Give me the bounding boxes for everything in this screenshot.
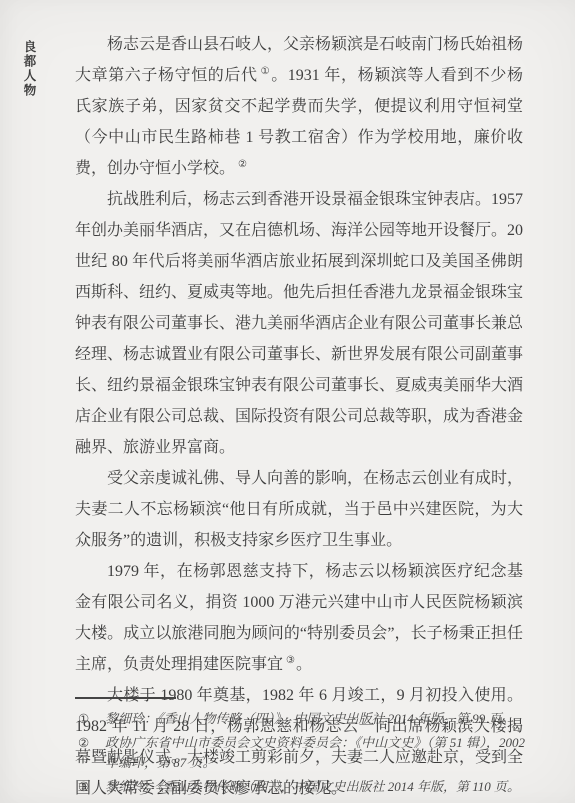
body-paragraph-1: 杨志云是香山县石岐人，父亲杨颖滨是石岐南门杨氏始祖杨大章第六子杨守恒的后代①。1… [75,29,523,184]
series-margin-label: 良都人物 [20,40,38,98]
footnote-marker: ② [78,733,105,753]
body-paragraph-2: 抗战胜利后，杨志云到香港开设景福金银珠宝钟表店。1957 年创办美丽华酒店，又在… [75,184,523,463]
paragraph-text: 抗战胜利后，杨志云到香港开设景福金银珠宝钟表店。1957 年创办美丽华酒店，又在… [75,191,523,456]
footnote-item-3: ③ 黎细玲：《香山人物传略（四）》，中国文史出版社 2014 年版，第 110 … [78,777,525,797]
footnote-text: 黎细玲：《香山人物传略（四）》，中国文史出版社 2014 年版，第 99 页。 [105,709,525,729]
footnote-ref-3: ③ [286,655,295,666]
footnote-divider [75,697,176,699]
paragraph-text: 受父亲虔诚礼佛、导人向善的影响，在杨志云创业有成时，夫妻二人不忘杨颖滨“他日有所… [75,470,523,549]
footnote-text: 黎细玲：《香山人物传略（四）》，中国文史出版社 2014 年版，第 110 页。 [105,777,525,797]
footnote-marker: ③ [78,777,105,797]
footnote-item-1: ① 黎细玲：《香山人物传略（四）》，中国文史出版社 2014 年版，第 99 页… [78,709,525,729]
footnote-item-2: ② 政协广东省中山市委员会文史资料委员会：《中山文史》（第 51 辑），2002… [78,733,525,773]
body-paragraph-3: 受父亲虔诚礼佛、导人向善的影响，在杨志云创业有成时，夫妻二人不忘杨颖滨“他日有所… [75,463,523,556]
article-body: 杨志云是香山县石岐人，父亲杨颖滨是石岐南门杨氏始祖杨大章第六子杨守恒的后代①。1… [75,29,523,803]
scanned-book-page: 良都人物 杨志云是香山县石岐人，父亲杨颖滨是石岐南门杨氏始祖杨大章第六子杨守恒的… [0,0,575,803]
body-paragraph-4: 1979 年，在杨郭恩慈支持下，杨志云以杨颖滨医疗纪念基金有限公司名义，捐资 1… [75,556,523,680]
footnote-marker: ① [78,709,105,729]
footnote-ref-1: ① [261,66,271,77]
footnotes-section: ① 黎细玲：《香山人物传略（四）》，中国文史出版社 2014 年版，第 99 页… [78,709,525,801]
footnote-ref-2: ② [238,159,247,170]
paragraph-text: 。 [296,656,312,673]
footnote-text: 政协广东省中山市委员会文史资料委员会：《中山文史》（第 51 辑），2002 年… [105,733,525,773]
